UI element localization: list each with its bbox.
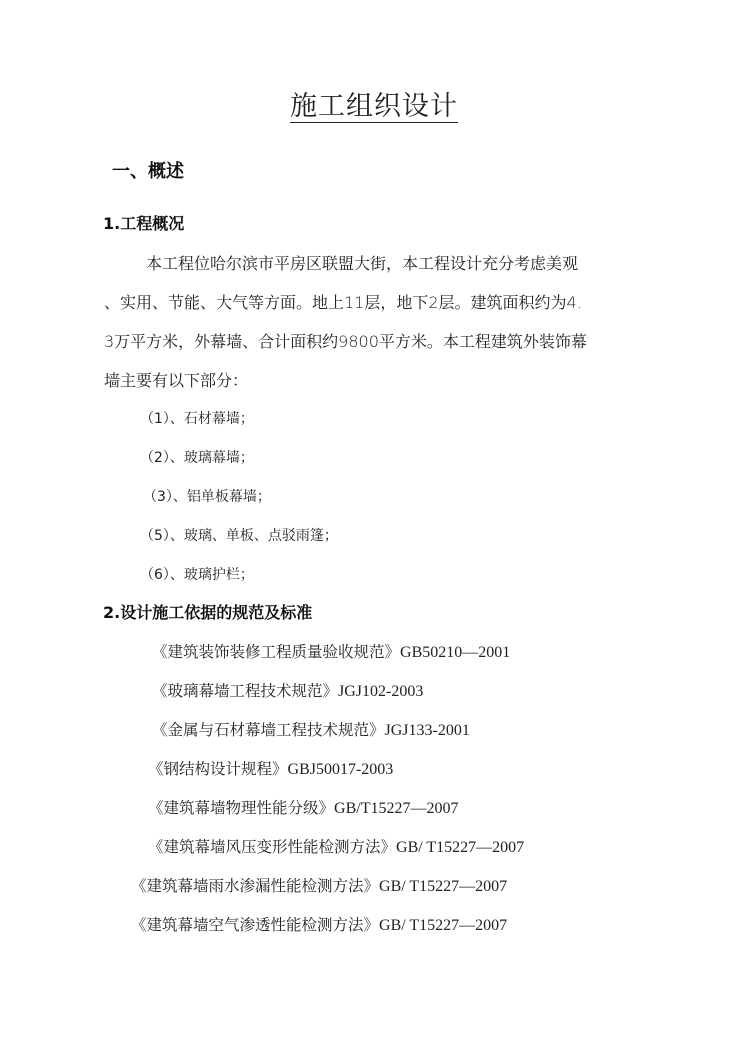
standard-code: GB/ T15227—2007 xyxy=(379,917,507,934)
standard-name: 《建筑幕墙空气渗透性能检测方法》 xyxy=(131,916,379,934)
standard-code: JGJ102-2003 xyxy=(338,683,423,700)
paragraph-line: 本工程位哈尔滨市平房区联盟大街，本工程设计充分考虑美观 xyxy=(146,256,578,272)
standard-name: 《建筑幕墙雨水渗漏性能检测方法》 xyxy=(131,877,379,895)
standard-entry: 《建筑装饰装修工程质量验收规范》GB50210—2001 xyxy=(152,645,510,661)
standard-name: 《钢结构设计规程》 xyxy=(148,760,288,778)
standard-name: 《建筑幕墙风压变形性能检测方法》 xyxy=(148,838,396,856)
standard-name: 《玻璃幕墙工程技术规范》 xyxy=(152,682,338,700)
standard-entry: 《金属与石材幕墙工程技术规范》JGJ133-2001 xyxy=(152,723,470,739)
list-item: （2）、玻璃幕墙； xyxy=(140,451,254,465)
standard-code: GB/ T15227—2007 xyxy=(396,839,524,856)
standard-code: GB/T15227—2007 xyxy=(334,800,458,817)
standard-code: JGJ133-2001 xyxy=(385,722,470,739)
standard-code: GB/ T15227—2007 xyxy=(379,878,507,895)
paragraph-line: 墙主要有以下部分： xyxy=(104,373,248,389)
standard-entry: 《建筑幕墙物理性能分级》GB/T15227—2007 xyxy=(148,801,458,817)
standard-entry: 《建筑幕墙空气渗透性能检测方法》GB/ T15227—2007 xyxy=(131,918,507,934)
standard-name: 《建筑幕墙物理性能分级》 xyxy=(148,799,334,817)
list-item: （1）、石材幕墙； xyxy=(140,412,254,426)
list-item: （5）、玻璃、单板、点驳雨篷； xyxy=(140,529,338,543)
document-title: 施工组织设计 xyxy=(290,93,458,123)
standard-code: GBJ50017-2003 xyxy=(288,761,394,778)
standard-entry: 《建筑幕墙风压变形性能检测方法》GB/ T15227—2007 xyxy=(148,840,524,856)
standard-entry: 《玻璃幕墙工程技术规范》JGJ102-2003 xyxy=(152,684,423,700)
paragraph-line: 、实用、节能、大气等方面。地上11层，地下2层。建筑面积约为4. xyxy=(104,295,582,311)
standard-entry: 《建筑幕墙雨水渗漏性能检测方法》GB/ T15227—2007 xyxy=(131,879,507,895)
section-heading-overview: 一、概述 xyxy=(112,163,184,181)
standard-entry: 《钢结构设计规程》GBJ50017-2003 xyxy=(148,762,393,778)
standard-name: 《金属与石材幕墙工程技术规范》 xyxy=(152,721,385,739)
document-page: 施工组织设计 一、概述 1.工程概况 本工程位哈尔滨市平房区联盟大街，本工程设计… xyxy=(0,0,744,1052)
standard-name: 《建筑装饰装修工程质量验收规范》 xyxy=(152,643,400,661)
list-item: （6）、玻璃护栏； xyxy=(140,568,254,582)
standard-code: GB50210—2001 xyxy=(400,644,510,661)
paragraph-line: 3万平方米，外幕墙、合计面积约9800平方米。本工程建筑外装饰幕 xyxy=(104,334,587,350)
subsection-heading-project-overview: 1.工程概况 xyxy=(103,216,184,232)
subsection-heading-standards: 2.设计施工依据的规范及标准 xyxy=(103,605,312,621)
list-item: （3）、铝单板幕墙； xyxy=(143,490,271,504)
